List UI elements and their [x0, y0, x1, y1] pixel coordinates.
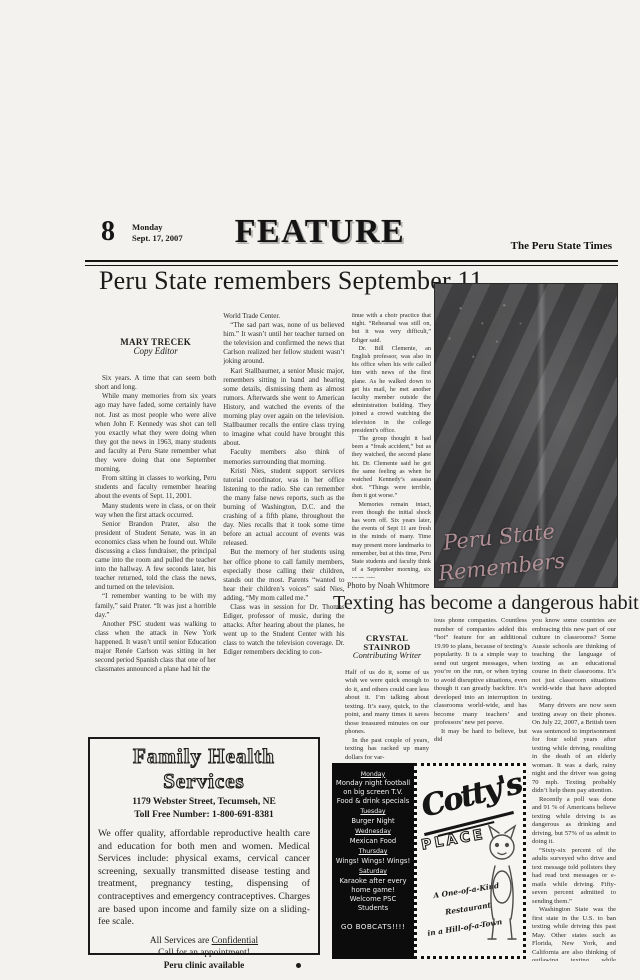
article-text: Half of us do it, some of us wish we wer… [345, 669, 429, 761]
ad-footer: All Services are Confidential Call for a… [98, 935, 310, 972]
photo-overlay-text: Peru State [442, 519, 556, 555]
ad-address: 1179 Webster Street, Tecumseh, NE [98, 797, 310, 807]
ad-confidential-line: All Services are Confidential [98, 935, 310, 947]
remember-article: MARY TRECEK Copy Editor Six years. A tim… [95, 312, 431, 674]
remember-headline: Peru State remembers September 11 [99, 266, 483, 296]
remember-column-1: MARY TRECEK Copy Editor Six years. A tim… [95, 312, 216, 674]
ad-title: Family Health Services [98, 744, 310, 794]
photo-overlay-text: Remembers [437, 548, 566, 585]
texting-headline: Texting has become a dangerous habit [333, 592, 639, 615]
byline-role: Contributing Writer [345, 651, 429, 660]
remember-column-3: tinue with a choir practice that night. … [352, 312, 432, 578]
ad-clinic-line: Peru clinic available [98, 960, 310, 972]
menu-day-heading: Saturday [335, 868, 411, 877]
menu-items: Burger Night [335, 817, 411, 826]
byline: MARY TRECEK Copy Editor [95, 338, 216, 356]
cottys-logo-panel: Cotty's PLACE A One-of-a-Kind Restaurant… [414, 763, 526, 959]
cottys-menu-panel: Monday Monday night football on big scre… [332, 763, 414, 959]
menu-items: Monday night football on big screen T.V.… [335, 779, 411, 805]
paper-name: The Peru State Times [511, 240, 612, 252]
byline: CRYSTAL STAINROD Contributing Writer [345, 634, 429, 660]
byline-name: CRYSTAL STAINROD [345, 634, 429, 651]
menu-day-heading: Tuesday [335, 808, 411, 817]
go-bobcats-cheer: GO BOBCATS!!!! [335, 923, 411, 932]
newspaper-page: 8 Monday Sept. 17, 2007 FEATURE The Peru… [0, 0, 640, 980]
menu-day-heading: Wednesday [335, 828, 411, 837]
remember-column-2: World Trade Center.“The sad part was, no… [223, 312, 344, 674]
byline-role: Copy Editor [95, 347, 216, 356]
texting-column-2: ious phone companies. Countless number o… [434, 617, 527, 745]
ad-appointment-line: Call for an appointment! [98, 947, 310, 959]
menu-day-heading: Monday [335, 771, 411, 780]
photo-credit: Photo by Noah Whitmore [347, 581, 429, 590]
ad-body: We offer quality, affordable reproductiv… [98, 828, 310, 929]
menu-items: Mexican Food [335, 837, 411, 846]
article-text: Six years. A time that can seem both sho… [95, 374, 216, 674]
september-11-flag-photo: Peru State Remembers [434, 283, 618, 588]
texting-column-3: you know some countries are embracing th… [532, 617, 616, 961]
scan-speck [296, 963, 301, 968]
menu-day-heading: Thursday [335, 848, 411, 857]
menu-items: Wings! Wings! Wings! [335, 857, 411, 866]
menu-items: Karaoke after every home game! Welcome P… [335, 877, 411, 912]
ad-phone: Toll Free Number: 1-800-691-8381 [98, 810, 310, 820]
family-health-services-ad: Family Health Services 1179 Webster Stre… [88, 737, 320, 955]
bobcat-mascot-illustration [482, 821, 522, 949]
cottys-logo-script: Cotty's [414, 765, 526, 825]
texting-column-1: CRYSTAL STAINROD Contributing Writer Hal… [345, 634, 429, 760]
